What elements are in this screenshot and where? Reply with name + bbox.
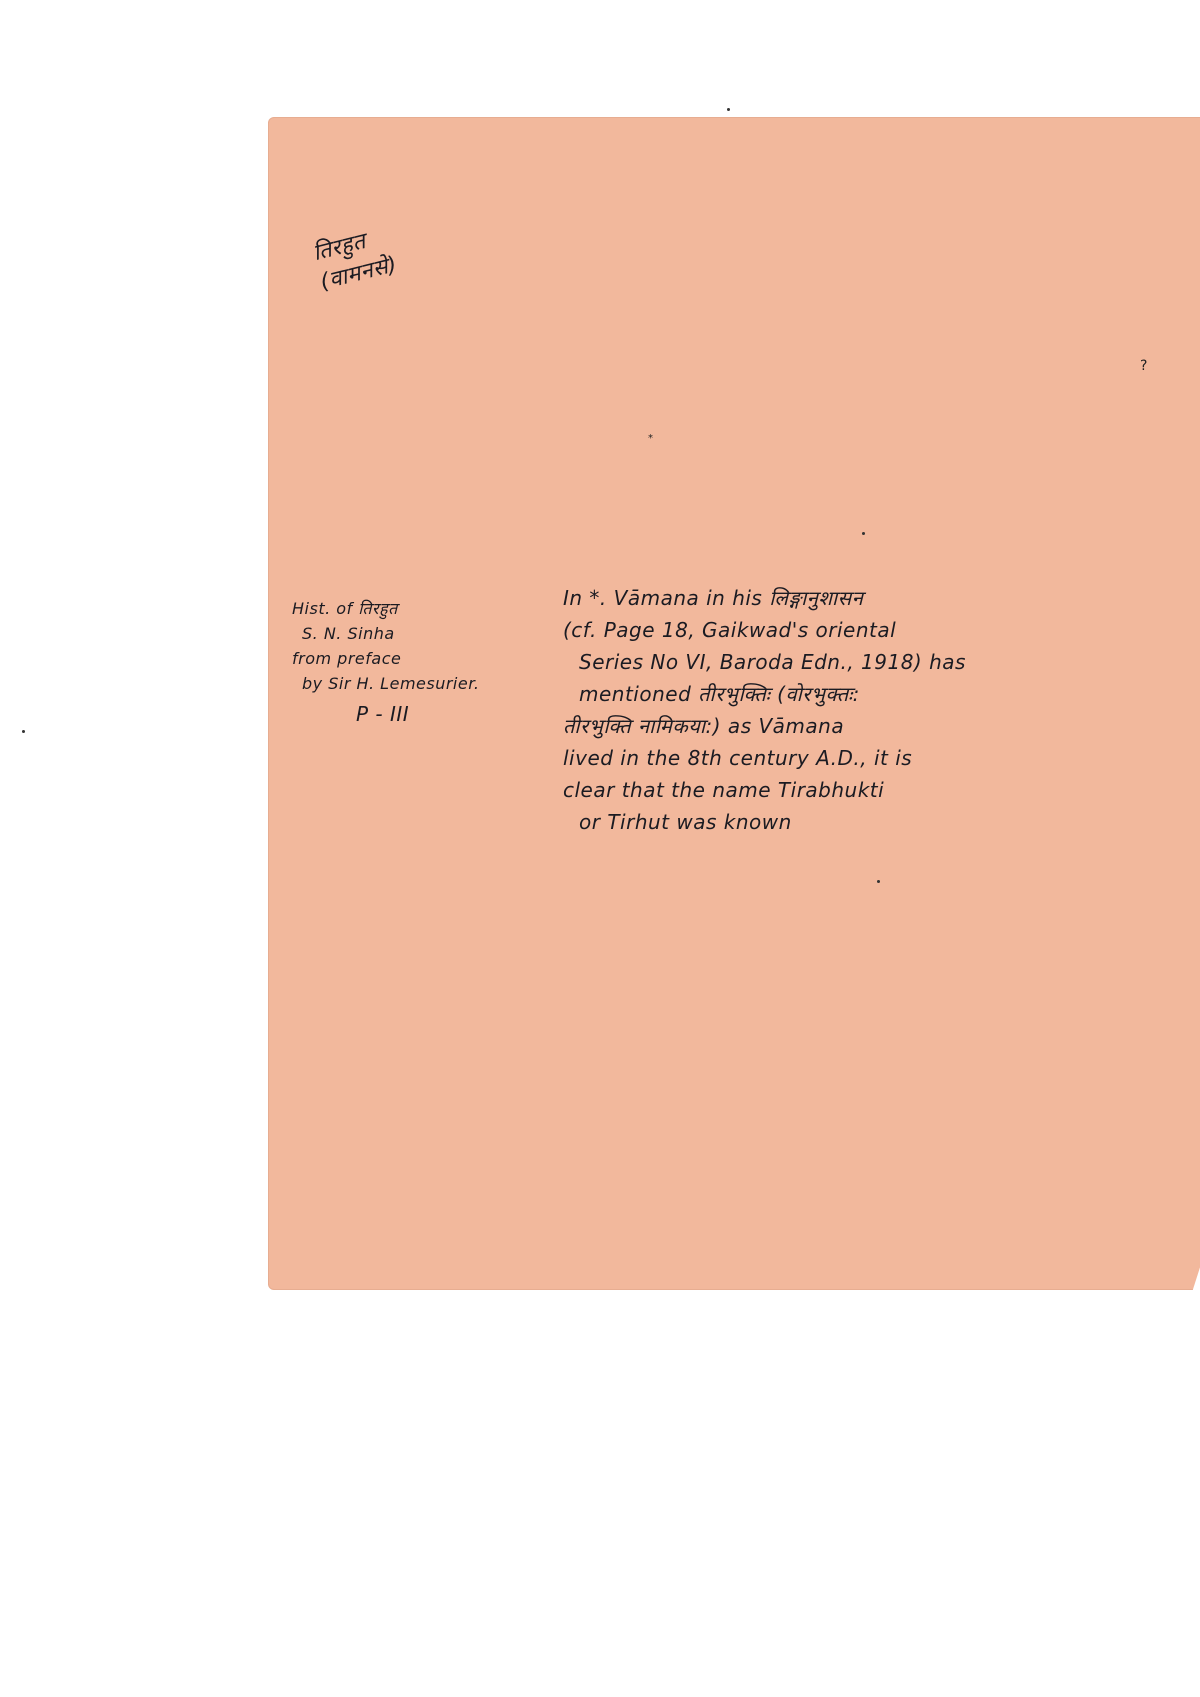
reference-line: from preface (292, 646, 479, 671)
scan-speck (22, 730, 25, 733)
ink-speck (862, 532, 865, 535)
reference-line: Hist. of तिरहुत (292, 596, 479, 621)
ink-speck (877, 880, 880, 883)
stray-mark: * (648, 433, 653, 444)
note-line: mentioned तीरभुक्तिः (वोरभुक्तः: (579, 678, 966, 710)
question-mark: ? (1140, 358, 1147, 374)
margin-reference-note: Hist. of तिरहुत S. N. Sinha from preface… (292, 596, 479, 727)
note-line: clear that the name Tirabhukti (563, 774, 966, 806)
note-line: In *. Vāmana in his लिङ्गानुशासन (563, 582, 966, 614)
page-reference: P - III (356, 702, 479, 727)
note-line: (cf. Page 18, Gaikwad's oriental (563, 614, 966, 646)
note-line: or Tirhut was known (579, 806, 966, 838)
reference-line: by Sir H. Lemesurier. (302, 671, 479, 696)
note-line: Series No VI, Baroda Edn., 1918) has (579, 646, 966, 678)
top-edge-mark (727, 108, 730, 111)
note-line: तीरभुक्ति नामिकया:) as Vāmana (563, 710, 966, 742)
note-line: lived in the 8th century A.D., it is (563, 742, 966, 774)
reference-line: S. N. Sinha (302, 621, 479, 646)
main-handwritten-note: In *. Vāmana in his लिङ्गानुशासन (cf. Pa… (563, 582, 966, 838)
